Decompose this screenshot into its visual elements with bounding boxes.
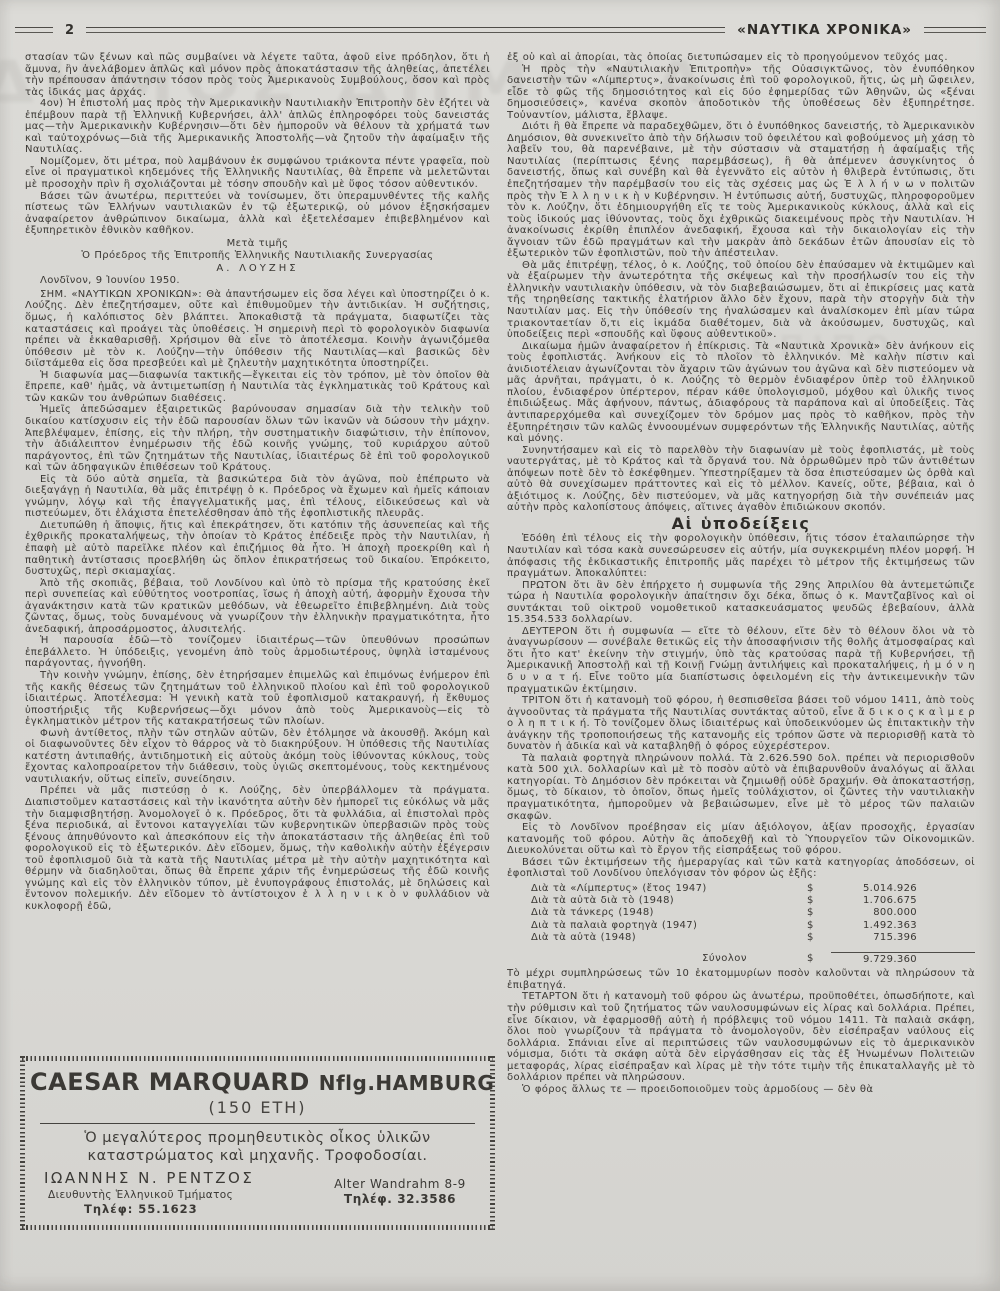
paragraph: Νομίζομεν, ὅτι μέτρα, ποὺ λαμβάνουν ἐκ σ… [25,156,490,191]
paragraph: Ἡμεῖς ἀπεδώσαμεν ἐξαιρετικῶς βαρύνουσαν … [25,404,490,473]
ad-company-suffix: Nflg.HAMBURG [319,1071,495,1095]
paragraph: στασίαν τῶν ξένων καὶ πῶς συμβαίνει νὰ λ… [25,52,490,98]
tax-row-label: Διὰ τὰ «Λίμπερτυς» (ἔτος 1947) [507,883,807,895]
tax-row-currency: $ [807,932,831,944]
header-rule [86,27,725,33]
ad-company-main: CAESAR MARQUARD [30,1068,310,1096]
tax-table-row: Διὰ τὰ «Λίμπερτυς» (ἔτος 1947)$5.014.926 [507,883,975,895]
left-column-part1: στασίαν τῶν ξένων καὶ πῶς συμβαίνει νὰ λ… [25,52,490,237]
signature-salutation: Μετὰ τιμῆς [25,238,490,250]
left-column: στασίαν τῶν ξένων καὶ πῶς συμβαίνει νὰ λ… [25,52,490,1054]
paragraph: Εἰς τὰ δύο αὐτὰ σημεῖα, τὰ βασικώτερα δι… [25,474,490,520]
signature-title: Ὁ Πρόεδρος τῆς Ἐπιτροπῆς Ἑλληνικῆς Ναυτι… [25,250,490,262]
ad-agent-role: Διευθυντὴς Ἑλληνικοῦ Τμήματος [44,1189,315,1201]
tax-row-amount: 5.014.926 [831,883,975,895]
masthead-title: «ΝΑΥΤΙΚΑ ΧΡΟΝΙΚΑ» [733,22,916,38]
paragraph: Δικαίωμα ἡμῶν ἀναφαίρετον ἡ ἐπίκρισις. Τ… [507,341,975,445]
advertisement-caesar-marquard: CAESAR MARQUARD Nflg.HAMBURG (150 ΕΤΗ) Ὁ… [22,1056,493,1230]
signature-dateline: Λονδῖνον, 9 Ἰουνίου 1950. [25,275,490,287]
paragraph: ΠΡΩΤΟΝ ὅτι ἂν δὲν ἐπήρχετο ἡ συμφωνία τῆ… [507,580,975,626]
tax-table-row: Διὰ τὰ παλαιὰ φορτηγὰ (1947)$1.492.363 [507,920,975,932]
ad-agent-block: ΙΩΑΝΝΗΣ Ν. ΡΕΝΤΖΟΣ Διευθυντὴς Ἑλληνικοῦ … [30,1169,315,1216]
paragraph: Τὰ παλαιὰ φορτηγὰ πληρώνουν πολλά. Τὰ 2.… [507,753,975,822]
tax-row-label: Διὰ τὰ αὐτὰ (1948) [507,932,807,944]
ad-address: Alter Wandrahm 8-9 [315,1177,485,1192]
tax-total-currency: $ [807,952,831,966]
page-number: 2 [61,23,78,38]
tax-total-label: Σύνολον [507,952,807,966]
tax-row-amount: 715.396 [831,932,975,944]
tax-row-currency: $ [807,895,831,907]
paragraph: Ἡ πρὸς τὴν «Ναυτιλιακὴν Ἐπιτροπὴν» τῆς Ο… [507,64,975,122]
paragraph: Διότι ἢ θὰ ἔπρεπε νὰ παραδεχθῶμεν, ὅτι ὁ… [507,121,975,260]
tax-row-label: Διὰ τὰ αὐτὰ διὰ τὸ (1948) [507,895,807,907]
header-rule [15,27,53,33]
paragraph: Ἐδόθη ἐπὶ τέλους εἰς τὴν φορολογικὴν ὑπό… [507,533,975,579]
ad-company-name: CAESAR MARQUARD Nflg.HAMBURG [30,1068,485,1096]
tax-row-currency: $ [807,883,831,895]
paragraph: Πρέπει νὰ μᾶς πιστεύσῃ ὁ κ. Λούζης, δὲν … [25,785,490,912]
paragraph: Συνηντήσαμεν καὶ εἰς τὸ παρελθὸν τὴν δια… [507,445,975,514]
tax-row-label: Διὰ τὰ τάνκερς (1948) [507,907,807,919]
header-rule [924,27,986,33]
ad-tagline-line1: Ὁ μεγαλύτερος προμηθευτικὸς οἶκος ὑλικῶν [30,1129,485,1147]
paragraph: ΤΕΤΑΡΤΟΝ ὅτι ἡ κατανομὴ τοῦ φόρου ὡς ἀνω… [507,991,975,1083]
ad-years: (150 ΕΤΗ) [30,1098,485,1117]
tax-table: Διὰ τὰ «Λίμπερτυς» (ἔτος 1947)$5.014.926… [507,883,975,966]
paragraph: Θὰ μᾶς ἐπιτρέψῃ, τέλος, ὁ κ. Λούζης, τοῦ… [507,260,975,341]
paragraph: ΔΕΥΤΕΡΟΝ ὅτι ἡ συμφωνία — εἴτε τὸ θέλουν… [507,626,975,695]
tax-row-label: Διὰ τὰ παλαιὰ φορτηγὰ (1947) [507,920,807,932]
tax-row-amount: 800.000 [831,907,975,919]
tax-table-total-row: Σύνολον $ 9.729.360 [507,952,975,966]
right-column-part2: Ἐδόθη ἐπὶ τέλους εἰς τὴν φορολογικὴν ὑπό… [507,533,975,879]
paragraph: Βάσει τῶν ἐκτιμήσεων τῆς ἡμεραργίας καὶ … [507,857,975,880]
paragraph: Ἡ διαφωνία μας—διαφωνία τακτικῆς—ἔγκειτα… [25,370,490,405]
ad-agent-name: ΙΩΑΝΝΗΣ Ν. ΡΕΝΤΖΟΣ [44,1169,315,1187]
paragraph: Τὴν κοινὴν γνώμην, ἐπίσης, δὲν ἐτηρήσαμε… [25,670,490,728]
paragraph: Ὁ φόρος ἄλλως τε — προειδοποιοῦμεν τοὺς … [507,1084,975,1096]
right-column-part3: Τὸ μέχρι συμπληρώσεως τῶν 10 ἑκατομμυρίω… [507,968,975,1095]
ad-address-block: Alter Wandrahm 8-9 Τηλέφ. 32.3586 [315,1169,485,1207]
tax-table-rows: Διὰ τὰ «Λίμπερτυς» (ἔτος 1947)$5.014.926… [507,883,975,944]
ad-tagline-line2: καταστρώματος καὶ μηχανῆς. Τροφοδοσίαι. [30,1147,485,1165]
right-column-part1: ἐξ οὗ καὶ αἱ ἀπορίαι, τὰς ὁποίας διετυπώ… [507,52,975,514]
tax-table-row: Διὰ τὰ αὐτὰ διὰ τὸ (1948)$1.706.675 [507,895,975,907]
section-heading: Αἱ ὑποδείξεις [507,518,975,530]
tax-row-amount: 1.492.363 [831,920,975,932]
tax-row-currency: $ [807,920,831,932]
paragraph: Φωνὴ ἀντίθετος, πλὴν τῶν στηλῶν αὐτῶν, δ… [25,728,490,786]
ad-border-left [20,1056,25,1230]
ad-content: CAESAR MARQUARD Nflg.HAMBURG (150 ΕΤΗ) Ὁ… [30,1062,485,1224]
ad-address-phone: Τηλέφ. 32.3586 [315,1192,485,1207]
ad-divider-rule [40,1123,475,1124]
tax-row-amount: 1.706.675 [831,895,975,907]
paragraph: Ἀπὸ τῆς σκοπιᾶς, βέβαια, τοῦ Λονδίνου κα… [25,578,490,636]
paragraph: 4ον) Ἡ ἐπιστολή μας πρὸς τὴν Ἀμερικανικὴ… [25,98,490,156]
right-column: ἐξ οὗ καὶ αἱ ἀπορίαι, τὰς ὁποίας διετυπώ… [507,52,975,1248]
paragraph: Εἰς τὸ Λονδῖνον προέβησαν εἰς μίαν ἀξιόλ… [507,822,975,857]
tax-table-row: Διὰ τὰ τάνκερς (1948)$800.000 [507,907,975,919]
paragraph: Τὸ μέχρι συμπληρώσεως τῶν 10 ἑκατομμυρίω… [507,968,975,991]
left-column-part2: ΣΗΜ. «ΝΑΥΤΙΚΩΝ ΧΡΟΝΙΚΩΝ»: Θὰ ἀπαντήσωμεν… [25,289,490,913]
ad-border-top [22,1056,493,1061]
tax-total-amount: 9.729.360 [831,952,975,966]
paragraph: Βάσει τῶν ἀνωτέρω, περιττεύει νὰ τονίσωμ… [25,191,490,237]
paragraph: ΤΡΙΤΟΝ ὅτι ἡ κατανομὴ τοῦ φόρου, ἡ θεσπι… [507,695,975,753]
paragraph: Ἡ παρουσία ἐδῶ—τὸ τονίζομεν ἰδιαιτέρως—τ… [25,635,490,670]
paragraph: Διετυπώθη ἡ ἄποψις, ἥτις καὶ ἐπεκράτησεν… [25,520,490,578]
ad-contact-row: ΙΩΑΝΝΗΣ Ν. ΡΕΝΤΖΟΣ Διευθυντὴς Ἑλληνικοῦ … [30,1169,485,1216]
ad-agent-phone: Τηλέφ: 55.1623 [44,1202,315,1216]
paragraph: ἐξ οὗ καὶ αἱ ἀπορίαι, τὰς ὁποίας διετυπώ… [507,52,975,64]
tax-table-row: Διὰ τὰ αὐτὰ (1948)$715.396 [507,932,975,944]
page-header: 2 «ΝΑΥΤΙΚΑ ΧΡΟΝΙΚΑ» [15,22,986,38]
signature-name: Α. ΛΟΥΖΗΣ [25,263,490,275]
tax-row-currency: $ [807,907,831,919]
paragraph: ΣΗΜ. «ΝΑΥΤΙΚΩΝ ΧΡΟΝΙΚΩΝ»: Θὰ ἀπαντήσωμεν… [25,289,490,370]
ad-border-bottom [22,1225,493,1230]
